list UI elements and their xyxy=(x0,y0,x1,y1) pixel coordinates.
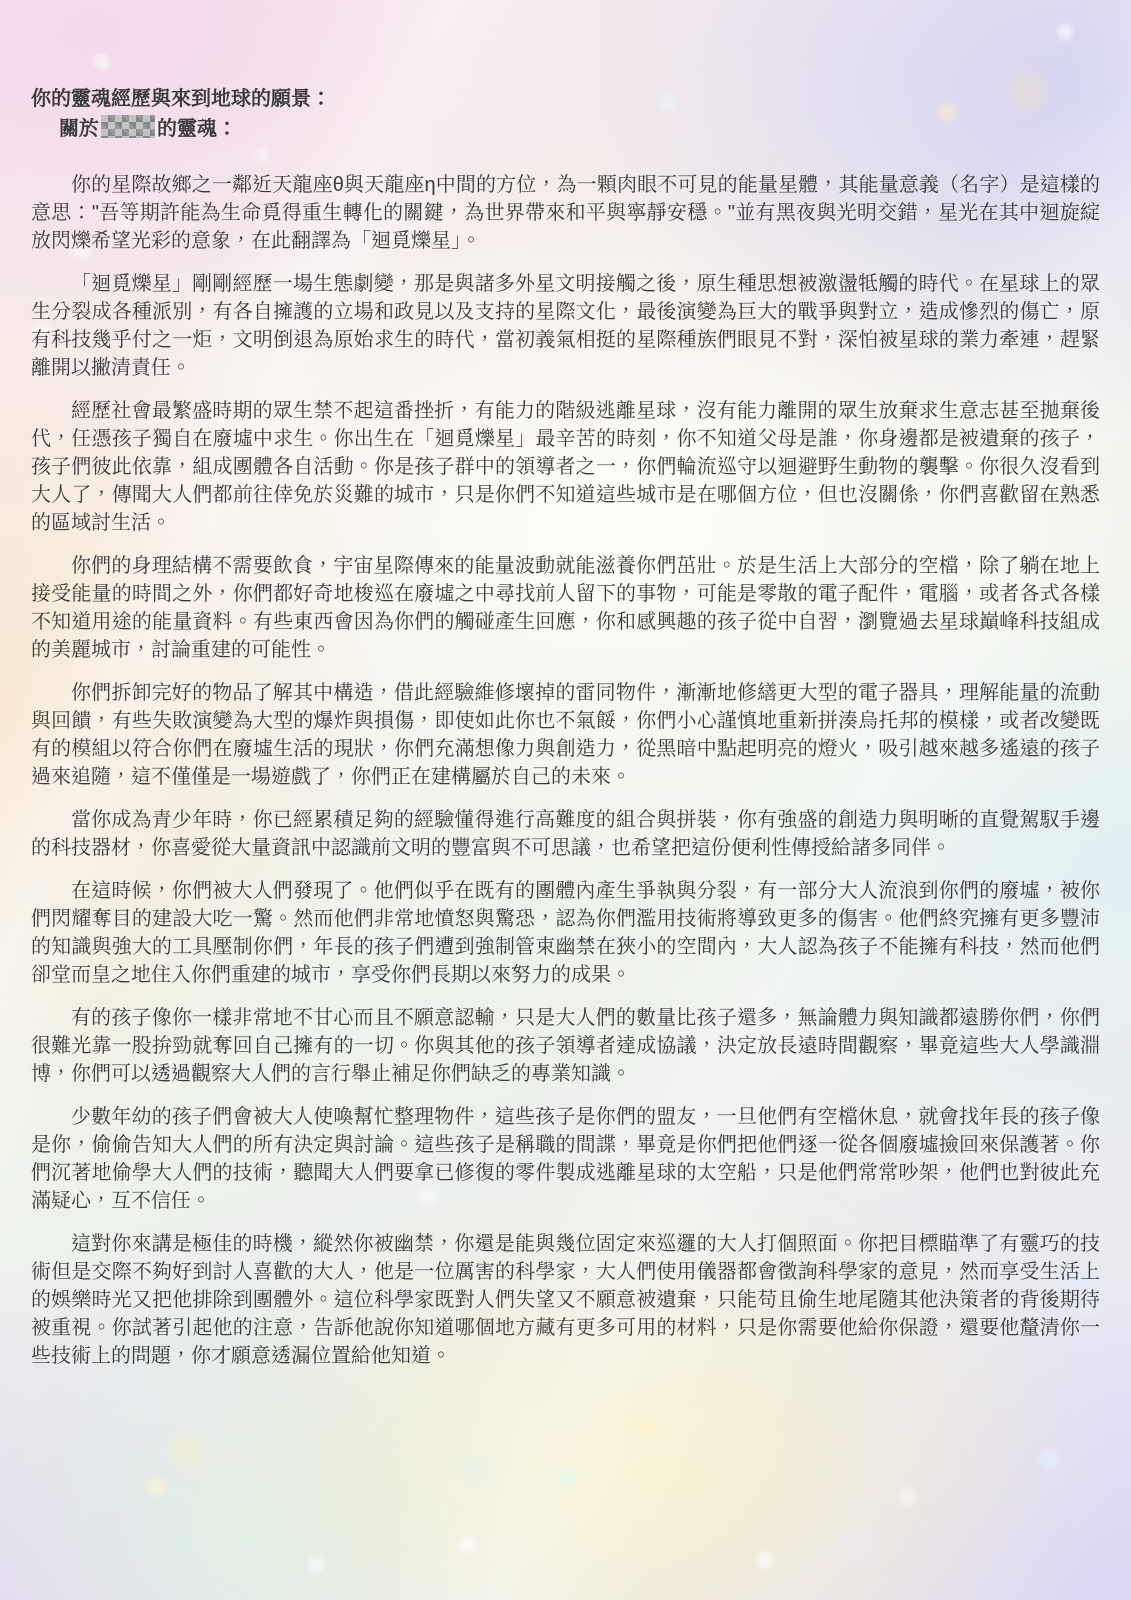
paragraph-resistance-pact: 有的孩子像你一樣非常地不甘心而且不願意認輸，只是大人們的數量比孩子還多，無論體力… xyxy=(31,1004,1100,1088)
redacted-name-mosaic xyxy=(101,115,155,138)
document-body: 你的靈魂經歷與來到地球的願景： 關於的靈魂： 你的星際故鄉之一鄰近天龍座θ與天龍… xyxy=(0,0,1131,1600)
paragraph-adults-return: 在這時候，你們被大人們發現了。他們似乎在既有的團體內產生爭執與分裂，有一部分大人… xyxy=(31,877,1100,989)
paragraph-scientist-deal: 這對你來講是極佳的時機，縱然你被幽禁，你還是能與幾位固定來巡邏的大人打個照面。你… xyxy=(31,1230,1100,1370)
paragraph-energy-life: 你們的身理結構不需要飲食，宇宙星際傳來的能量波動就能滋養你們茁壯。於是生活上大部… xyxy=(31,552,1100,664)
subtitle-line: 關於的靈魂： xyxy=(31,114,1100,144)
paragraph-rebuilding: 你們拆卸完好的物品了解其中構造，借此經驗維修壞掉的雷同物件，漸漸地修繕更大型的電… xyxy=(31,679,1100,791)
paragraph-young-spies: 少數年幼的孩子們會被大人使喚幫忙整理物件，這些孩子是你們的盟友，一旦他們有空檔休… xyxy=(31,1103,1100,1215)
page-title: 你的靈魂經歷與來到地球的願景： xyxy=(31,84,1100,114)
subtitle-prefix: 關於 xyxy=(59,118,99,140)
paragraph-abandoned-children: 經歷社會最繁盛時期的眾生禁不起這番挫折，有能力的階級逃離星球，沒有能力離開的眾生… xyxy=(31,397,1100,537)
paragraph-adolescence: 當你成為青少年時，你已經累積足夠的經驗懂得進行高難度的組合與拼裝，你有強盛的創造… xyxy=(31,806,1100,862)
paragraph-cataclysm: 「迴覓爍星」剛剛經歷一場生態劇變，那是與諸多外星文明接觸之後，原生種思想被激盪牴… xyxy=(31,270,1100,382)
paragraph-star-origin: 你的星際故鄉之一鄰近天龍座θ與天龍座η中間的方位，為一顆肉眼不可見的能量星體，其… xyxy=(31,171,1100,255)
subtitle-suffix: 的靈魂： xyxy=(157,118,237,140)
document-page: 你的靈魂經歷與來到地球的願景： 關於的靈魂： 你的星際故鄉之一鄰近天龍座θ與天龍… xyxy=(0,0,1131,1600)
